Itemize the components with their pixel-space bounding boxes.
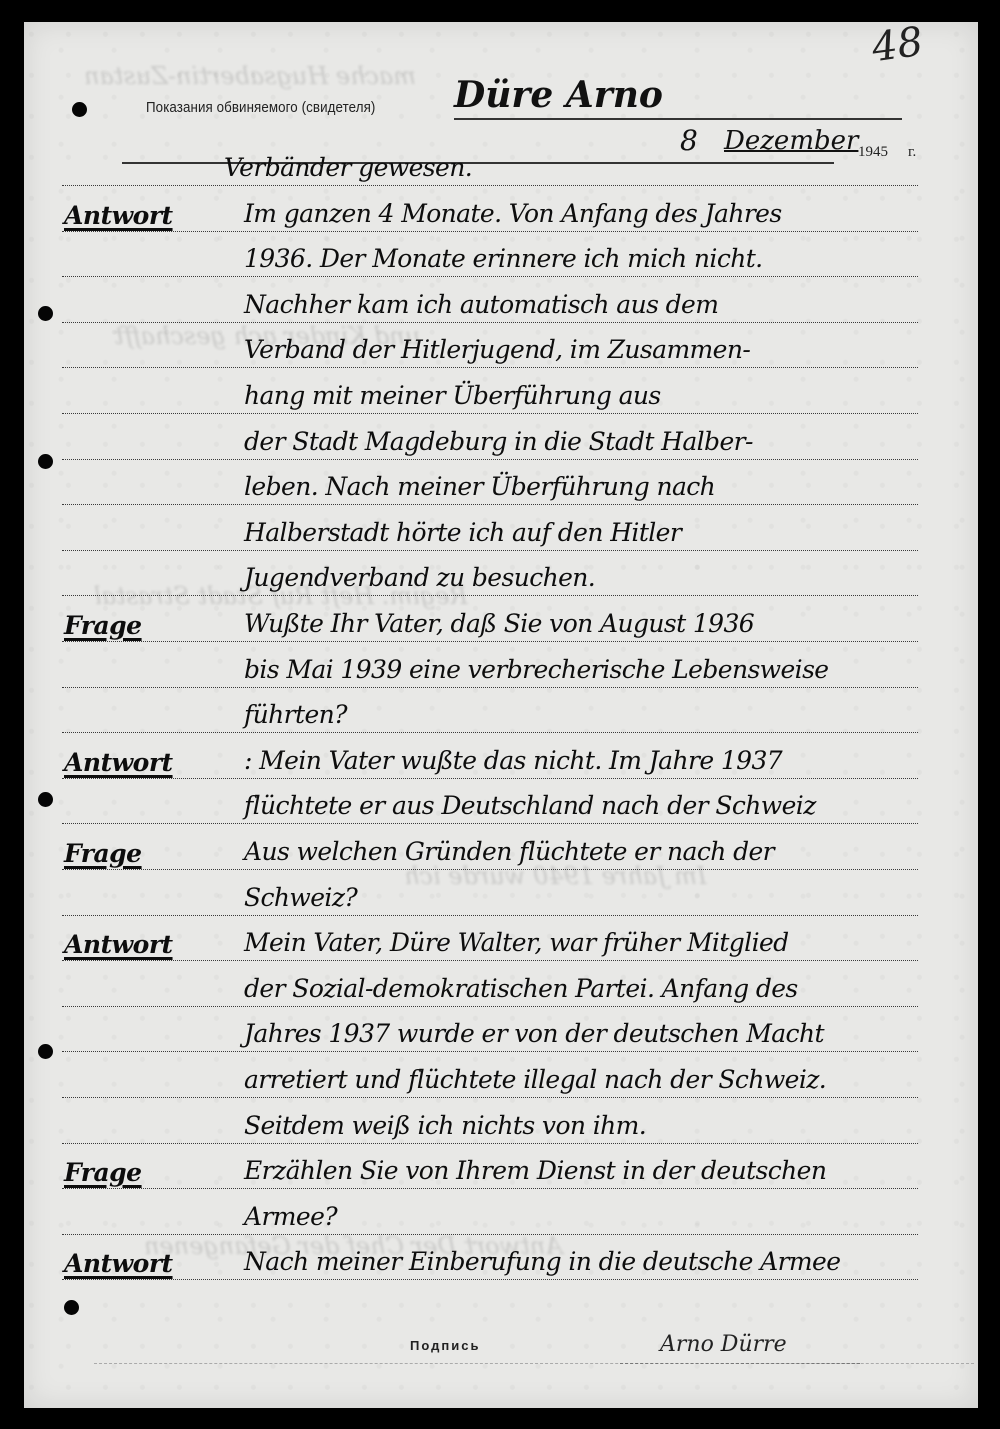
transcript-line: FrageWußte Ihr Vater, daß Sie von August… [24,597,978,642]
handwritten-text: Im ganzen 4 Monate. Von Anfang des Jahre… [244,199,782,228]
handwritten-text: flüchtete er aus Deutschland nach der Sc… [244,791,816,820]
handwritten-text: 1936. Der Monate erinnere ich mich nicht… [244,244,763,273]
handwritten-text: Nach meiner Einberufung in die deutsche … [244,1247,840,1276]
signature-line [620,1362,860,1364]
transcript-line: bis Mai 1939 eine verbrecherische Lebens… [24,643,978,688]
document-page: 48 mache Hugsabertin-Zustan und Kinder a… [24,22,978,1408]
page-number: 48 [869,19,926,72]
handwritten-text: Schweiz? [244,883,357,912]
handwritten-text: Mein Vater, Düre Walter, war früher Mitg… [244,928,789,957]
handwritten-text: Jugendverband zu besuchen. [244,563,595,592]
handwritten-text: Jahres 1937 wurde er von der deutschen M… [244,1019,824,1048]
transcript-line: hang mit meiner Überführung aus [24,369,978,414]
transcript-line: Antwort: Mein Vater wußte das nicht. Im … [24,734,978,779]
speaker-label: Antwort [64,930,173,959]
ruled-line [62,1278,918,1280]
transcript-line: FrageAus welchen Gründen flüchtete er na… [24,825,978,870]
transcript-line: AntwortNach meiner Einberufung in die de… [24,1235,978,1280]
transcript-line: der Sozial-demokratischen Partei. Anfang… [24,962,978,1007]
speaker-label: Frage [64,1158,142,1187]
transcript-line: führten? [24,688,978,733]
witness-name: Düre Arno [454,74,663,116]
speaker-label: Frage [64,839,142,868]
handwritten-text: Seitdem weiß ich nichts von ihm. [244,1111,646,1140]
handwritten-text: Verband der Hitlerjugend, im Zusammen- [244,335,750,364]
handwritten-text: Verbänder gewesen. [224,153,472,182]
handwritten-text: führten? [244,700,347,729]
punch-hole [38,306,53,321]
transcript-line: Seitdem weiß ich nichts von ihm. [24,1099,978,1144]
punch-hole [72,102,87,117]
handwritten-text: Erzählen Sie von Ihrem Dienst in der deu… [244,1156,826,1185]
punch-hole [38,454,53,469]
punch-hole [38,1044,53,1059]
speaker-label: Antwort [64,748,173,777]
speaker-label: Frage [64,611,142,640]
transcript-line: AntwortIm ganzen 4 Monate. Von Anfang de… [24,187,978,232]
transcript-line: Armee? [24,1190,978,1235]
transcript-line: arretiert und flüchtete illegal nach der… [24,1053,978,1098]
bleed-through-text: mache Hugsabertin-Zustan [84,62,416,90]
transcript-line: FrageErzählen Sie von Ihrem Dienst in de… [24,1144,978,1189]
handwritten-text: bis Mai 1939 eine verbrecherische Lebens… [244,655,829,684]
transcript-line: flüchtete er aus Deutschland nach der Sc… [24,779,978,824]
transcript-line: Verbänder gewesen. [24,141,978,186]
transcript-line: Jahres 1937 wurde er von der deutschen M… [24,1007,978,1052]
header-underline [454,118,902,120]
handwritten-text: Wußte Ihr Vater, daß Sie von August 1936 [244,609,754,638]
handwritten-text: : Mein Vater wußte das nicht. Im Jahre 1… [244,746,782,775]
punch-hole [64,1300,79,1315]
transcript-line: AntwortMein Vater, Düre Walter, war früh… [24,916,978,961]
punch-hole [38,792,53,807]
handwritten-text: leben. Nach meiner Überführung nach [244,472,715,501]
handwritten-text: Aus welchen Gründen flüchtete er nach de… [244,837,774,866]
handwritten-text: Halberstadt hörte ich auf den Hitler [244,518,681,547]
handwritten-text: der Sozial-demokratischen Partei. Anfang… [244,974,798,1003]
transcript-line: 1936. Der Monate erinnere ich mich nicht… [24,232,978,277]
speaker-label: Antwort [64,201,173,230]
transcript-line: leben. Nach meiner Überführung nach [24,460,978,505]
transcript-line: Nachher kam ich automatisch aus dem [24,278,978,323]
transcript-line: Jugendverband zu besuchen. [24,551,978,596]
transcript-line: der Stadt Magdeburg in die Stadt Halber- [24,415,978,460]
header-label: Показания обвиняемого (свидетеля) [146,100,375,116]
handwritten-text: Armee? [244,1202,337,1231]
transcript-line: Schweiz? [24,871,978,916]
handwritten-text: hang mit meiner Überführung aus [244,381,661,410]
speaker-label: Antwort [64,1249,173,1278]
handwritten-text: Nachher kam ich automatisch aus dem [244,290,718,319]
signature-label: Подпись [410,1338,480,1353]
transcript-line: Verband der Hitlerjugend, im Zusammen- [24,323,978,368]
handwritten-text: arretiert und flüchtete illegal nach der… [244,1065,826,1094]
transcript-line: Halberstadt hörte ich auf den Hitler [24,506,978,551]
handwritten-text: der Stadt Magdeburg in die Stadt Halber- [244,427,753,456]
signature: Arno Dürre [660,1332,787,1357]
